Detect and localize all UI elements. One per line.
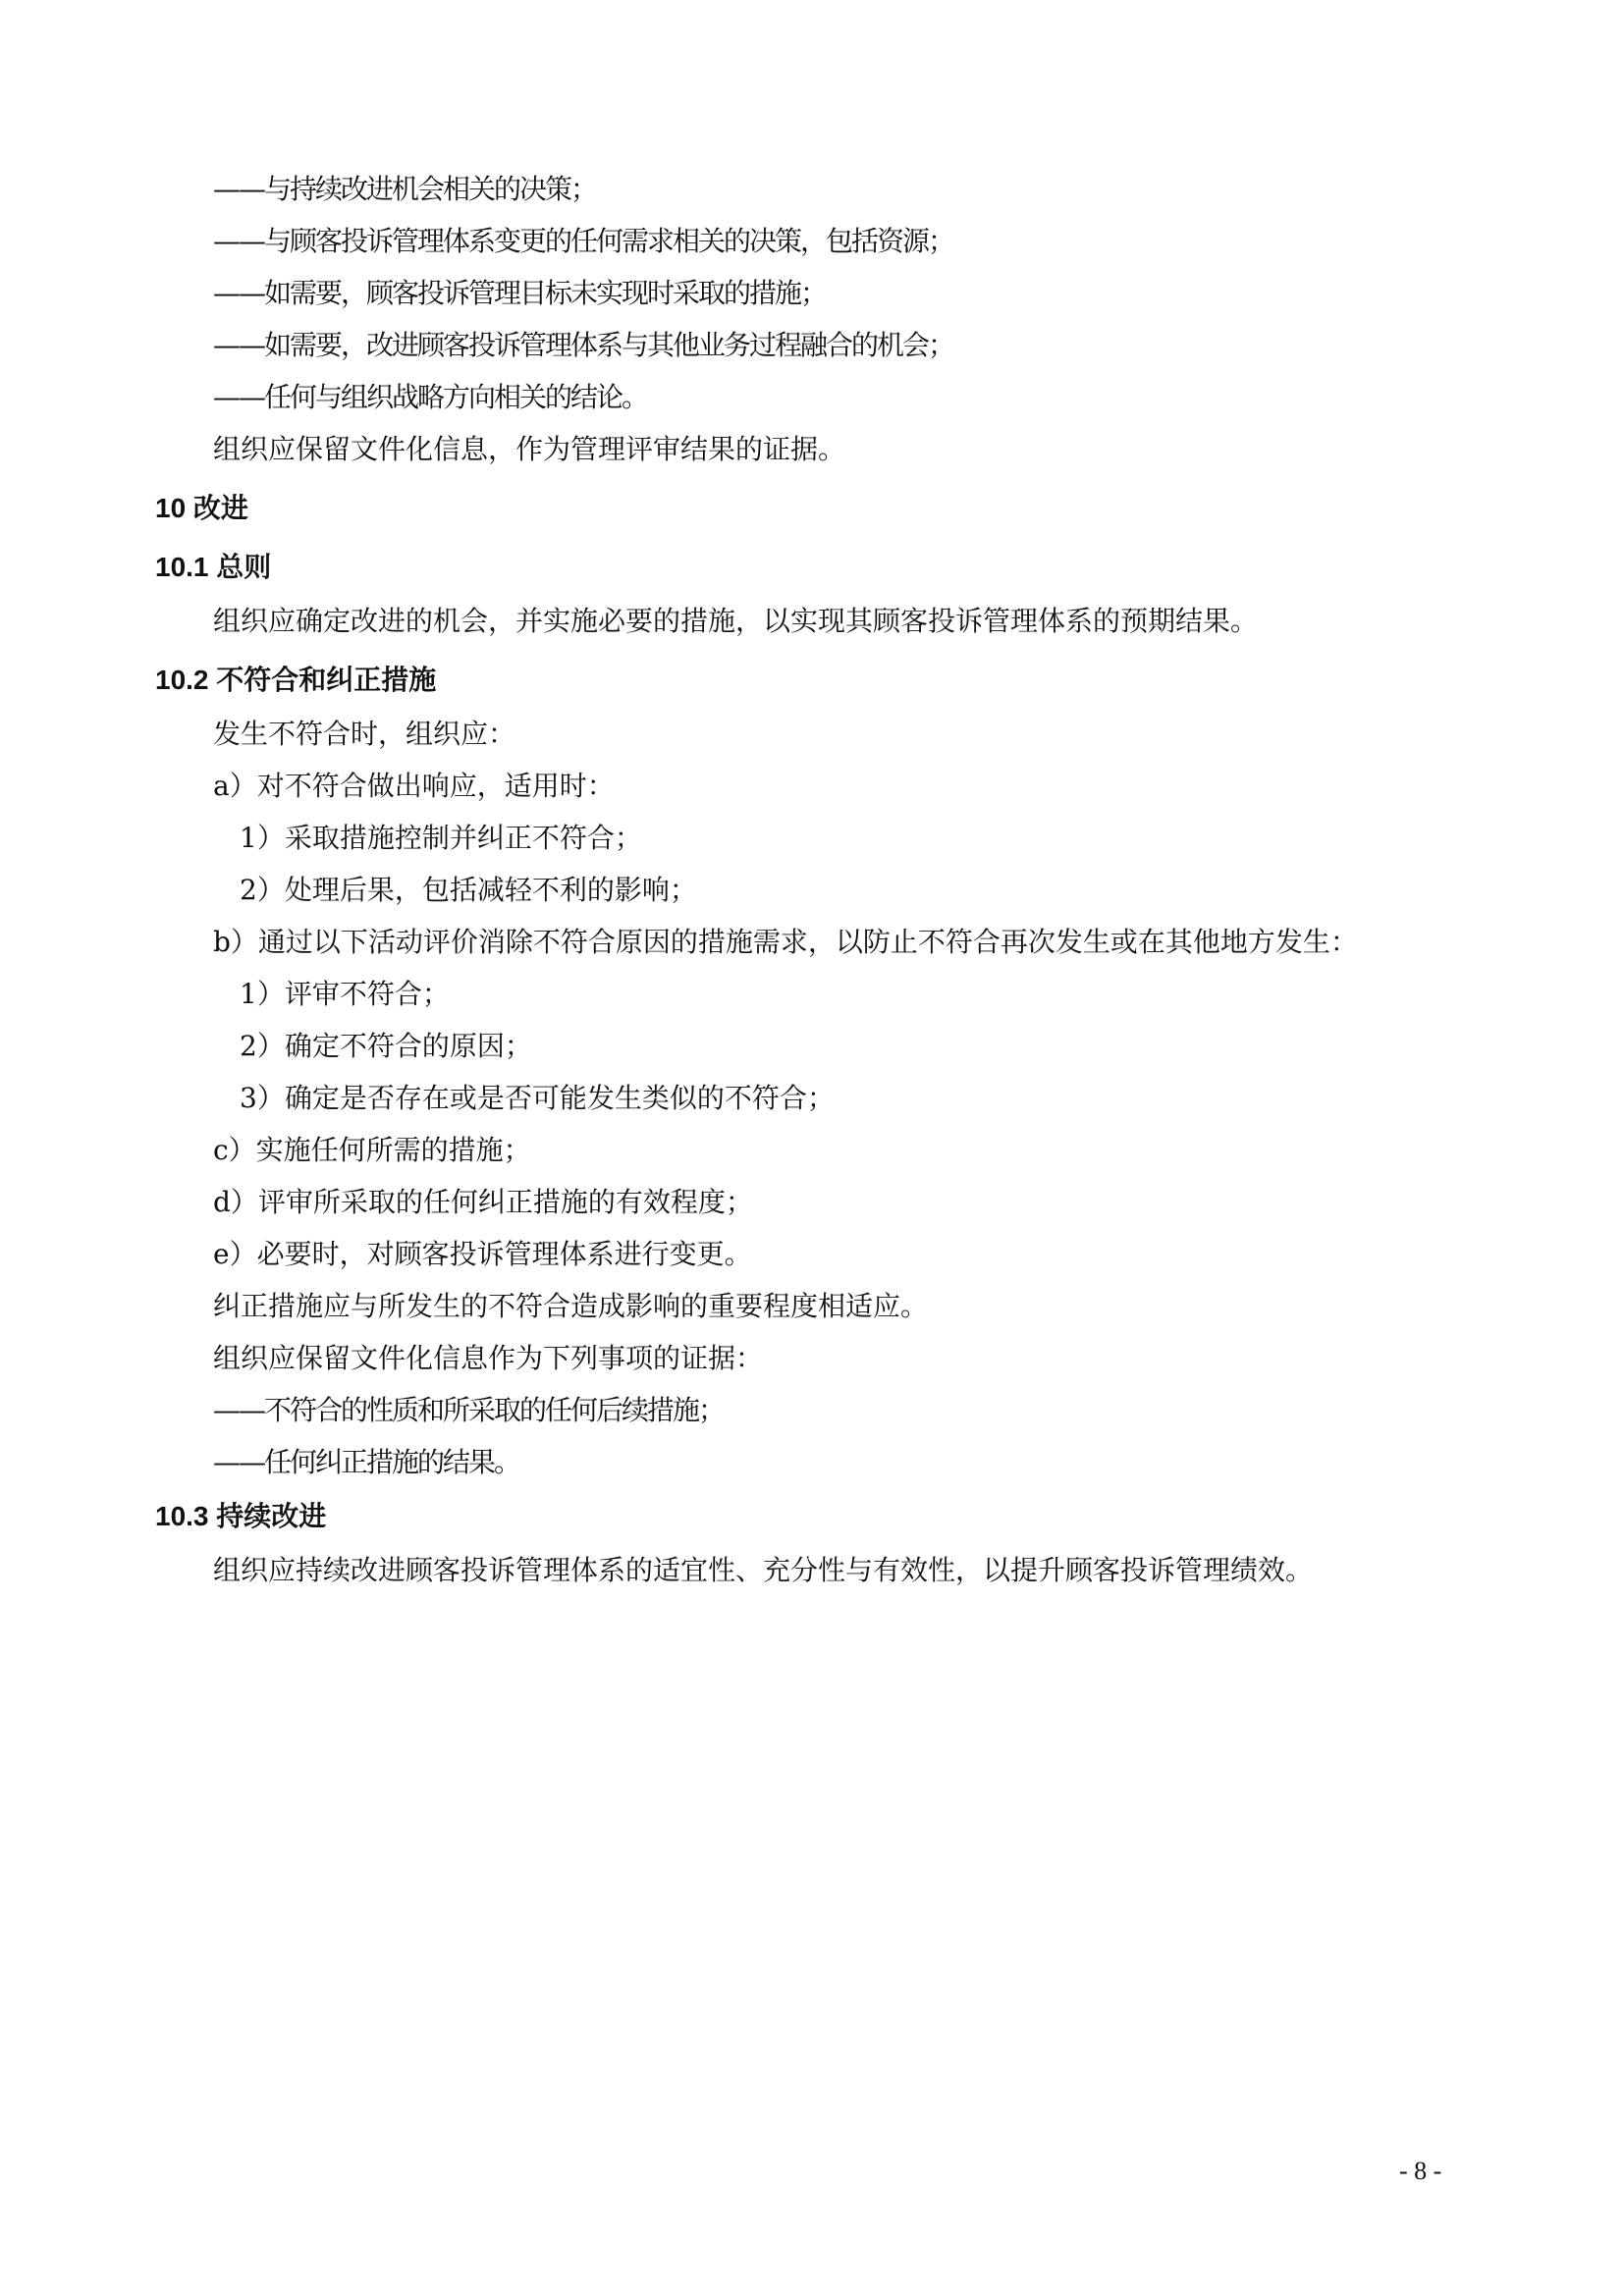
- bullet-line: ——与顾客投诉管理体系变更的任何需求相关的决策，包括资源；: [213, 224, 953, 259]
- bullet-line: ——与持续改进机会相关的决策；: [213, 172, 596, 207]
- paragraph: 组织应持续改进顾客投诉管理体系的适宜性、充分性与有效性，以提升顾客投诉管理绩效。: [213, 1553, 1313, 1588]
- section-heading-10-2: 10.2 不符合和纠正措施: [155, 663, 436, 698]
- section-heading-10-1: 10.1 总则: [155, 550, 271, 585]
- bullet-line: ——任何纠正措施的结果。: [213, 1445, 519, 1480]
- sub-item: 2）确定不符合的原因；: [240, 1029, 532, 1064]
- bullet-line: ——任何与组织战略方向相关的结论。: [213, 380, 647, 415]
- bullet-line: ——如需要，顾客投诉管理目标未实现时采取的措施；: [213, 276, 826, 311]
- section-heading-10: 10 改进: [155, 491, 248, 526]
- list-item-d: d）评审所采取的任何纠正措施的有效程度；: [213, 1185, 753, 1220]
- list-item-b: b）通过以下活动评价消除不符合原因的措施需求，以防止不符合再次发生或在其他地方发…: [213, 925, 1358, 960]
- bullet-line: ——如需要，改进顾客投诉管理体系与其他业务过程融合的机会；: [213, 328, 953, 363]
- sub-item: 1）评审不符合；: [240, 977, 450, 1012]
- bullet-line: ——不符合的性质和所采取的任何后续措施；: [213, 1393, 724, 1428]
- paragraph: 组织应确定改进的机会，并实施必要的措施，以实现其顾客投诉管理体系的预期结果。: [213, 604, 1258, 639]
- paragraph: 纠正措施应与所发生的不符合造成影响的重要程度相适应。: [213, 1289, 928, 1324]
- section-heading-10-3: 10.3 持续改进: [155, 1499, 326, 1534]
- paragraph: 发生不符合时，组织应：: [213, 717, 515, 752]
- sub-item: 3）确定是否存在或是否可能发生类似的不符合；: [240, 1081, 835, 1116]
- page-number: - 8 -: [1399, 2157, 1441, 2186]
- paragraph: 组织应保留文件化信息，作为管理评审结果的证据。: [213, 432, 845, 467]
- paragraph: 组织应保留文件化信息作为下列事项的证据：: [213, 1341, 763, 1376]
- sub-item: 2）处理后果，包括减轻不利的影响；: [240, 873, 697, 908]
- sub-item: 1）采取措施控制并纠正不符合；: [240, 821, 642, 856]
- list-item-c: c）实施任何所需的措施；: [213, 1133, 531, 1168]
- list-item-e: e）必要时，对顾客投诉管理体系进行变更。: [213, 1237, 752, 1272]
- list-item-a: a）对不符合做出响应，适用时：: [213, 769, 615, 804]
